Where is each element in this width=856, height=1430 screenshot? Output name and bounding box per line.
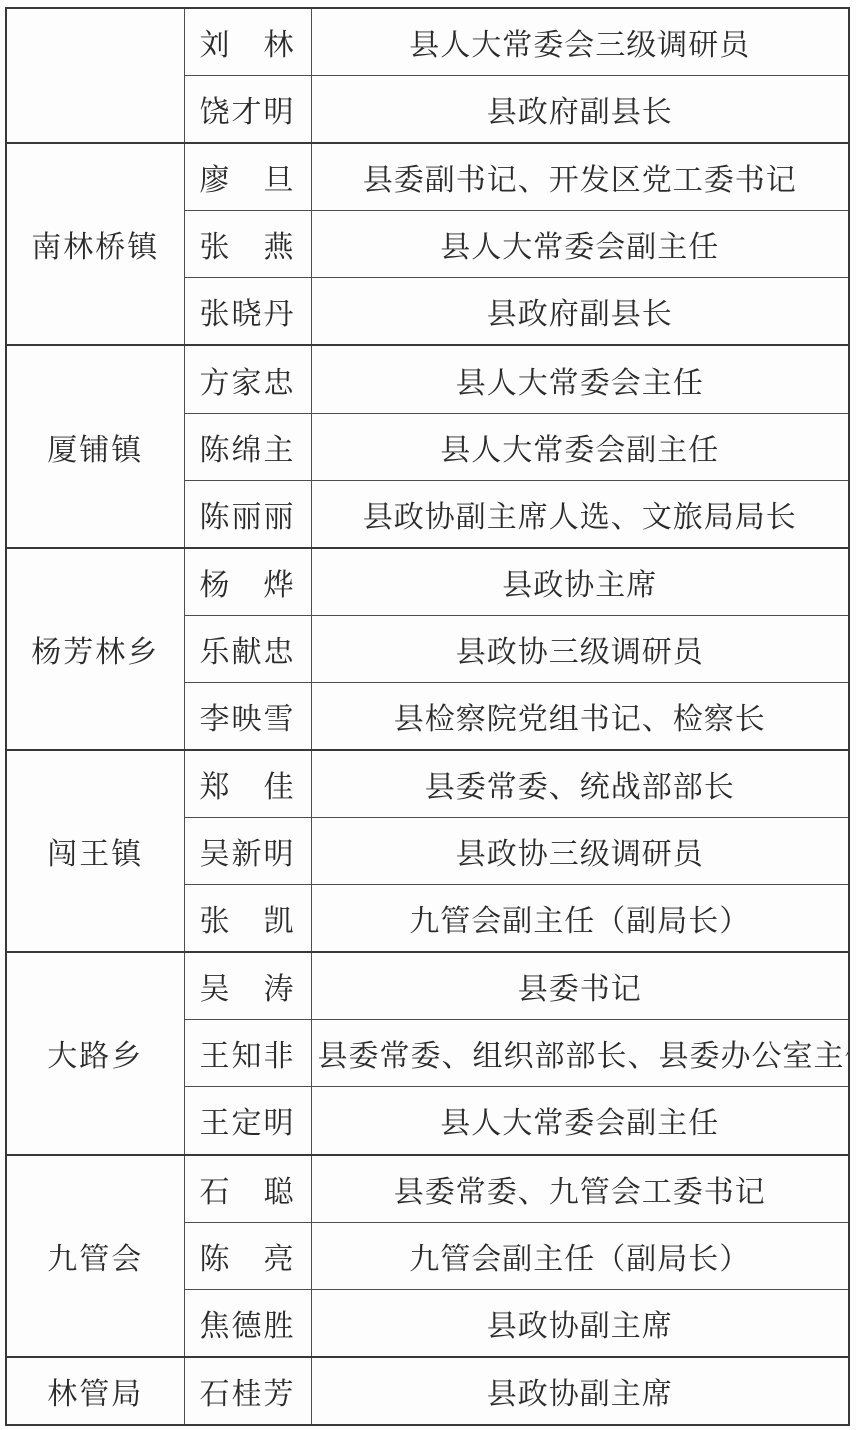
table-row: 南林桥镇 廖 旦 县委副书记、开发区党工委书记 [6,143,849,211]
member-title-cell: 九管会副主任（副局长） [311,1222,849,1289]
member-name-cell: 张 燕 [184,211,311,278]
region-cell: 大路乡 [6,952,184,1154]
member-title-cell: 县人大常委会副主任 [311,211,849,278]
member-name-cell: 张 凯 [184,885,311,953]
table-row: 闯王镇 郑 佳 县委常委、统战部部长 [6,750,849,818]
member-title-cell: 县政府副县长 [311,76,849,144]
document-page: 刘 林 县人大常委会三级调研员 饶才明 县政府副县长 南林桥镇 廖 旦 县委副书… [0,0,856,1430]
table-row: 大路乡 吴 涛 县委书记 [6,952,849,1020]
region-cell: 九管会 [6,1155,184,1357]
member-title-cell: 县政协三级调研员 [311,615,849,682]
region-cell: 厦铺镇 [6,345,184,547]
table-row: 杨芳林乡 杨 烨 县政协主席 [6,548,849,616]
member-name-cell: 吴新明 [184,818,311,885]
table-row: 林管局 石桂芳 县政协副主席 [6,1357,849,1425]
member-name-cell: 石 聪 [184,1155,311,1223]
member-name-cell: 王知非 [184,1020,311,1087]
personnel-table: 刘 林 县人大常委会三级调研员 饶才明 县政府副县长 南林桥镇 廖 旦 县委副书… [5,7,850,1426]
table-row: 厦铺镇 方家忠 县人大常委会主任 [6,345,849,413]
member-title-cell: 县人大常委会三级调研员 [311,8,849,76]
member-title-cell: 县政府副县长 [311,278,849,346]
member-title-cell: 县政协主席 [311,548,849,616]
member-title-cell: 县政协三级调研员 [311,818,849,885]
region-cell: 南林桥镇 [6,143,184,345]
member-name-cell: 陈丽丽 [184,480,311,548]
member-name-cell: 张晓丹 [184,278,311,346]
member-name-cell: 乐献忠 [184,615,311,682]
member-name-cell: 方家忠 [184,345,311,413]
member-name-cell: 石桂芳 [184,1357,311,1425]
member-title-cell: 县委常委、统战部部长 [311,750,849,818]
member-title-cell: 县人大常委会副主任 [311,1087,849,1155]
member-name-cell: 郑 佳 [184,750,311,818]
member-name-cell: 杨 烨 [184,548,311,616]
member-name-cell: 吴 涛 [184,952,311,1020]
member-name-cell: 刘 林 [184,8,311,76]
region-cell: 闯王镇 [6,750,184,952]
region-cell: 杨芳林乡 [6,548,184,750]
member-name-cell: 廖 旦 [184,143,311,211]
member-name-cell: 饶才明 [184,76,311,144]
member-name-cell: 陈 亮 [184,1222,311,1289]
table-row: 刘 林 县人大常委会三级调研员 [6,8,849,76]
table-row: 九管会 石 聪 县委常委、九管会工委书记 [6,1155,849,1223]
member-title-cell: 县人大常委会副主任 [311,413,849,480]
member-title-cell: 县政协副主席 [311,1357,849,1425]
member-name-cell: 王定明 [184,1087,311,1155]
member-name-cell: 陈绵主 [184,413,311,480]
region-cell: 林管局 [6,1357,184,1425]
member-title-cell: 县政协副主席 [311,1289,849,1357]
member-name-cell: 李映雪 [184,682,311,750]
member-name-cell: 焦德胜 [184,1289,311,1357]
member-title-cell: 县政协副主席人选、文旅局局长 [311,480,849,548]
member-title-cell: 县检察院党组书记、检察长 [311,682,849,750]
member-title-cell: 县委常委、组织部部长、县委办公室主任 [311,1020,849,1087]
region-cell [6,8,184,143]
member-title-cell: 县委副书记、开发区党工委书记 [311,143,849,211]
member-title-cell: 县人大常委会主任 [311,345,849,413]
member-title-cell: 九管会副主任（副局长） [311,885,849,953]
member-title-cell: 县委常委、九管会工委书记 [311,1155,849,1223]
member-title-cell: 县委书记 [311,952,849,1020]
